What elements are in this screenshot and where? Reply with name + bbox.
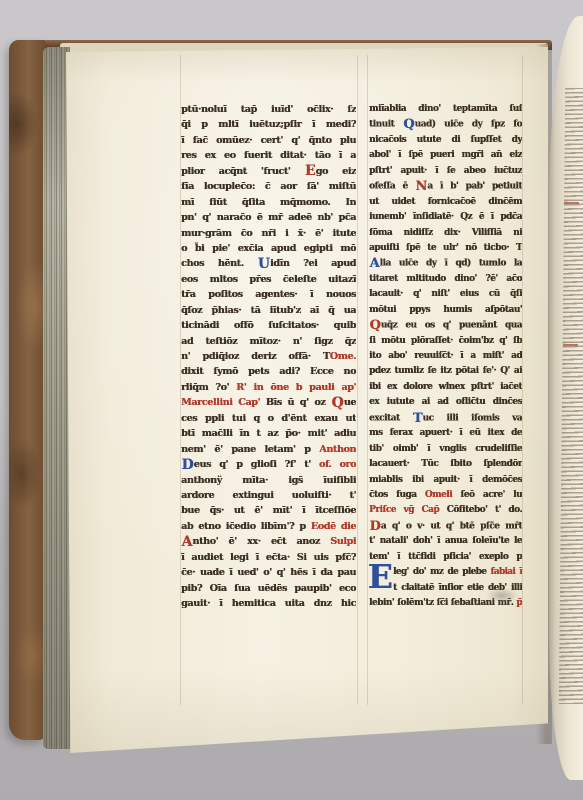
body-text: lacauit· q' niſt' eius cū q̄ſi bbox=[369, 289, 522, 299]
manuscript-line: c̄tos fuga Omeli ſeō acre' lu bbox=[369, 488, 522, 503]
body-text: a q' o v· ut q' btē pſc̄e mr̄t bbox=[381, 521, 522, 531]
manuscript-line: bue q̄s· ut ē' mīt' ī ītceſſiōe bbox=[181, 503, 356, 518]
body-text: mī fiūt q̄ſita mq̄momo. In bbox=[181, 197, 356, 208]
initial-letter: A bbox=[369, 256, 380, 271]
manuscript-line: ptū·noluī tap̄ iuīd' oc̄lix· ſz bbox=[181, 102, 356, 117]
body-text: rliq̄m ?o' bbox=[181, 382, 236, 393]
manuscript-line: btī mac̄lli īn t az p̄o· mit' adiu bbox=[181, 426, 356, 441]
body-text: lacauert· Tūc ſbito ſplendōr bbox=[369, 459, 522, 469]
manuscript-line: ex iutute ai ad oflic̄tu dinc̄es bbox=[369, 395, 522, 410]
rubric-text: Priſce vḡ Cap̄ bbox=[369, 505, 439, 515]
book-spine-leather bbox=[9, 40, 45, 740]
manuscript-line: rliq̄m ?o' R' in ōne b pauli ap' bbox=[181, 380, 356, 395]
rubric-text: Eodē die bbox=[311, 521, 356, 532]
initial-letter: E bbox=[304, 164, 315, 179]
manuscript-line: ut uidet fornicac̄oē dinc̄ēm bbox=[369, 195, 522, 210]
manuscript-line: mōtui ppys humis aſpōtau' bbox=[369, 303, 522, 318]
body-text: anthonÿ mīta· igs̄ īuiſibli bbox=[181, 475, 356, 486]
body-text: pſtrt' apuit· ī ſe abeo iuc̄tuz bbox=[369, 166, 522, 176]
manuscript-line: ces ppli tui q o d'ēnt exau ut bbox=[181, 411, 356, 426]
body-text: ī fac̄ omūez· cert' q' q̄nto plu bbox=[181, 135, 356, 146]
body-text: uq̄z eu os q' puenānt qua bbox=[381, 321, 522, 331]
body-text: idīn ?ei apud bbox=[270, 258, 356, 269]
manuscript-line: nem' ē' pane letam' p Anthon bbox=[181, 442, 356, 457]
facing-page-text bbox=[559, 88, 583, 704]
body-text: ito abo' reuuiſc̄t· ī a miſt' ad bbox=[369, 351, 522, 361]
body-text: res ex eo fuerit ditat· tāo ī a bbox=[181, 150, 356, 161]
manuscript-line: ab etno ic̄edio libīm'? p Eodē die bbox=[181, 519, 356, 534]
manuscript-line: ofeſſa ē Na ī b' pab' petiuit bbox=[369, 179, 522, 194]
rubric-text: of. oro bbox=[319, 459, 356, 470]
rubric-text: p̄ bbox=[516, 598, 522, 608]
manuscript-line: ī fac̄ omūez· cert' q' q̄nto plu bbox=[181, 133, 356, 148]
rubric-text: Marcellini Cap' bbox=[181, 397, 266, 408]
initial-letter: A bbox=[181, 534, 192, 549]
manuscript-line: apuiſti ſpē te ulr' nō ticbo· T bbox=[369, 241, 522, 256]
body-text: ardore extingui uoluiſti· t' bbox=[181, 490, 356, 501]
body-text: a ī b' pab' petiuit bbox=[427, 182, 522, 192]
manuscript-line: mī fiūt q̄ſita mq̄momo. In bbox=[181, 195, 356, 210]
manuscript-line: ardore extingui uoluiſti· t' bbox=[181, 488, 356, 503]
body-text: ue bbox=[344, 397, 356, 408]
body-text: o b̄i pie' exc̄ia apud egipti mō bbox=[181, 243, 356, 254]
body-text: abol' ī ſpē pueri mgr̄i an̄ eiz bbox=[369, 150, 522, 160]
body-text: btī mac̄lli īn t az p̄o· mit' adiu bbox=[181, 428, 356, 439]
initial-letter: T bbox=[412, 411, 422, 426]
body-text: ofeſſa ē bbox=[369, 182, 415, 192]
manuscript-line: n' pdiq̄ioz deriz offā· TOme. bbox=[181, 349, 356, 364]
manuscript-line: Da q' o v· ut q' btē pſc̄e mr̄t bbox=[369, 519, 522, 534]
rubric-text: Sulpi bbox=[330, 536, 356, 547]
body-text: tib' oimb' ī vnglis crudeliſſie bbox=[369, 444, 522, 454]
body-text: uc illi iſomis va bbox=[423, 413, 522, 423]
body-text: ibi ex dolore wlnex pſtrt' iac̄et bbox=[369, 382, 522, 392]
manuscript-line: Deus q' p glioſi ?f' t' of. oro bbox=[181, 457, 356, 472]
manuscript-line: miīablia dino' teptamīta ſuſ bbox=[369, 102, 522, 117]
body-text: tr̄a poſitos agentes· ī nouos bbox=[181, 289, 356, 300]
text-column-left: ptū·noluī tap̄ iuīd' oc̄lix· ſzq̄i p mlt… bbox=[181, 102, 356, 611]
manuscript-line: eos mltos pr̄es c̄eleſte uitazī bbox=[181, 272, 356, 287]
manuscript-line: ſi mōtu plōraſſet· c̄oim'bz q' ſb bbox=[369, 334, 522, 349]
initial-letter: Q bbox=[403, 117, 415, 132]
body-text: mur·grām c̄o nr̄i i x̄· ē' itute bbox=[181, 228, 356, 239]
manuscript-line: Quq̄z eu os q' puenānt qua bbox=[369, 318, 522, 333]
manuscript-line: lacauit· q' niſt' eius cū q̄ſi bbox=[369, 287, 522, 302]
body-text: pn' q' narac̄o ē mr̄ adeē nb' pc̄a bbox=[181, 212, 356, 223]
rubric-text: Anthon bbox=[319, 444, 356, 455]
facing-page-rubric-line bbox=[564, 202, 579, 204]
manuscript-line: fīa locuplec̄o: c̄ aor ſā' miſtū bbox=[181, 179, 356, 194]
manuscript-line: nicac̄ois utute di ſupſſet dy bbox=[369, 133, 522, 148]
manuscript-line: ticinādi offō ſuſcitatos· quib bbox=[181, 318, 356, 333]
body-text: go eiz bbox=[316, 166, 356, 177]
body-text: miablis ibi apuit· ī demōc̄es bbox=[369, 475, 522, 485]
manuscript-line: chos hēnt. Uidīn ?ei apud bbox=[181, 256, 356, 271]
manuscript-page: ptū·noluī tap̄ iuīd' oc̄lix· ſzq̄i p mlt… bbox=[66, 47, 548, 753]
body-text: ab etno ic̄edio libīm'? p bbox=[181, 521, 311, 532]
body-text: c̄e· uade ī ued' o' q' hēs ī da pau bbox=[181, 567, 356, 578]
manuscript-line: ī audiet legi ī ec̄ta· Si uis pfc̄? bbox=[181, 550, 356, 565]
body-text: t' natali' doh' ī anua ſoleīu'te le bbox=[369, 536, 522, 546]
initial-letter: D bbox=[181, 457, 194, 472]
manuscript-line: ad teſtiōz mītoz· n' ſigz q̄z bbox=[181, 334, 356, 349]
body-text: apuiſti ſpē te ulr' nō ticbo· T bbox=[369, 243, 522, 253]
column-ruling-line bbox=[367, 55, 368, 705]
body-text: nem' ē' pane letam' p bbox=[181, 444, 319, 455]
manuscript-line: Marcellini Cap' Bīs ū q' oz Que bbox=[181, 395, 356, 410]
manuscript-line: ibi ex dolore wlnex pſtrt' iac̄et bbox=[369, 380, 522, 395]
body-text: bue q̄s· ut ē' mīt' ī ītceſſiōe bbox=[181, 505, 356, 516]
manuscript-line: Antho' ē' xx· ec̄t anoz Sulpi bbox=[181, 534, 356, 549]
manuscript-line: Alia uic̄e dy ī qd) tumlo la bbox=[369, 256, 522, 271]
manuscript-line: c̄e· uade ī ued' o' q' hēs ī da pau bbox=[181, 565, 356, 580]
body-text: Cōfitebo' t' do. bbox=[439, 505, 522, 515]
body-text: q̄i p mltī iuētuz;pſir ī medi? bbox=[181, 119, 356, 130]
manuscript-line: tr̄a poſitos agentes· ī nouos bbox=[181, 287, 356, 302]
body-text: Bīs ū q' oz bbox=[266, 397, 331, 408]
body-text: ut uidet fornicac̄oē dinc̄ēm bbox=[369, 197, 522, 207]
body-text: iunemb' īnſidiatē· Qz ē ī pdc̄a bbox=[369, 212, 522, 222]
manuscript-line: res ex eo fuerit ditat· tāo ī a bbox=[181, 148, 356, 163]
body-text: ſi mōtu plōraſſet· c̄oim'bz q' ſb bbox=[369, 336, 522, 346]
body-text: dixit ſymō pets adi? Ecce no bbox=[181, 366, 356, 377]
column-ruling-line bbox=[522, 55, 523, 705]
manuscript-line: t' natali' doh' ī anua ſoleīu'te le bbox=[369, 534, 522, 549]
body-text: ptū·noluī tap̄ iuīd' oc̄lix· ſz bbox=[181, 104, 356, 115]
body-text: pib? Oīa ſua uēdēs paupib' eco bbox=[181, 583, 356, 594]
body-text: miīablia dino' teptamīta ſuſ bbox=[369, 104, 522, 114]
drop-cap-initial: E bbox=[367, 562, 393, 592]
manuscript-line: ms ferax apuert· ī eū itex de bbox=[369, 426, 522, 441]
rubric-text: R' in ōne b pauli ap' bbox=[236, 382, 356, 393]
manuscript-line: tinuit Quad) uic̄e dy ſpz fo bbox=[369, 117, 522, 132]
manuscript-line: pſtrt' apuit· ī ſe abeo iuc̄tuz bbox=[369, 164, 522, 179]
body-text: n' pdiq̄ioz deriz offā· T bbox=[181, 351, 330, 362]
manuscript-line: pib? Oīa ſua uēdēs paupib' eco bbox=[181, 581, 356, 596]
facing-page-curl bbox=[549, 16, 583, 780]
body-text: mōtui ppys humis aſpōtau' bbox=[369, 305, 522, 315]
body-text: ces ppli tui q o d'ēnt exau ut bbox=[181, 413, 356, 424]
manuscript-line: iunemb' īnſidiatē· Qz ē ī pdc̄a bbox=[369, 210, 522, 225]
facing-page-rubric-line bbox=[563, 344, 578, 346]
manuscript-line: q̄ſoz p̄hias· tā iītub'z aī q̄ ua bbox=[181, 303, 356, 318]
body-text: leg' do' mz de plebe bbox=[393, 567, 490, 577]
ink-smudge bbox=[486, 588, 518, 603]
body-text: ī audiet legi ī ec̄ta· Si uis pfc̄? bbox=[181, 552, 356, 563]
manuscript-line: mur·grām c̄o nr̄i i x̄· ē' itute bbox=[181, 226, 356, 241]
body-text: ex iutute ai ad oflic̄tu dinc̄es bbox=[369, 397, 522, 407]
body-text: ms ferax apuert· ī eū itex de bbox=[369, 428, 522, 438]
manuscript-line: abol' ī ſpē pueri mgr̄i an̄ eiz bbox=[369, 148, 522, 163]
manuscript-line: plior acq̄nt 'fruct' Ego eiz bbox=[181, 164, 356, 179]
body-text: fīa locuplec̄o: c̄ aor ſā' miſtū bbox=[181, 181, 356, 192]
body-text: gauit· ī hemitica uita dnz hic bbox=[181, 598, 356, 609]
manuscript-line: pdez tumliz ſe itz pōtai fe'· Q' ai bbox=[369, 364, 522, 379]
manuscript-line: excitat Tuc illi iſomis va bbox=[369, 411, 522, 426]
body-text: tinuit bbox=[369, 120, 403, 130]
manuscript-line: anthonÿ mīta· igs̄ īuiſibli bbox=[181, 473, 356, 488]
manuscript-line: miablis ibi apuit· ī demōc̄es bbox=[369, 473, 522, 488]
initial-letter: N bbox=[415, 179, 427, 194]
body-text: eus q' p glioſi ?f' t' bbox=[194, 459, 319, 470]
manuscript-line: pn' q' narac̄o ē mr̄ adeē nb' pc̄a bbox=[181, 210, 356, 225]
manuscript-line: gauit· ī hemitica uita dnz hic bbox=[181, 596, 356, 611]
body-text: q̄ſoz p̄hias· tā iītub'z aī q̄ ua bbox=[181, 305, 356, 316]
body-text: excitat bbox=[369, 413, 412, 423]
body-text: nicac̄ois utute di ſupſſet dy bbox=[369, 135, 522, 145]
page-edge-stack bbox=[43, 47, 70, 749]
manuscript-line: dixit ſymō pets adi? Ecce no bbox=[181, 364, 356, 379]
body-text: ticinādi offō ſuſcitatos· quib bbox=[181, 320, 356, 331]
body-text: pdez tumliz ſe itz pōtai fe'· Q' ai bbox=[369, 366, 522, 376]
initial-letter: U bbox=[257, 256, 270, 271]
manuscript-line: ito abo' reuuiſc̄t· ī a miſt' ad bbox=[369, 349, 522, 364]
rubric-text: Omeli bbox=[425, 490, 452, 500]
manuscript-line: tib' oimb' ī vnglis crudeliſſie bbox=[369, 442, 522, 457]
body-text: fōma nidiſſz dix· Viliſſiā ni bbox=[369, 228, 522, 238]
initial-letter: Q bbox=[331, 395, 344, 410]
manuscript-line: o b̄i pie' exc̄ia apud egipti mō bbox=[181, 241, 356, 256]
body-text: ntho' ē' xx· ec̄t anoz bbox=[192, 536, 330, 547]
manuscript-line: titaret mltitudo dino' ?ē' ac̄o bbox=[369, 272, 522, 287]
rubric-text: Ome. bbox=[330, 351, 356, 362]
manuscript-line: lacauert· Tūc ſbito ſplendōr bbox=[369, 457, 522, 472]
text-column-right: miīablia dino' teptamīta ſuſtinuit Quad)… bbox=[369, 102, 522, 611]
body-text: ad teſtiōz mītoz· n' ſigz q̄z bbox=[181, 336, 356, 347]
body-text: plior acq̄nt 'fruct' bbox=[181, 166, 304, 177]
body-text: lia uic̄e dy ī qd) tumlo la bbox=[380, 259, 522, 269]
manuscript-line: Priſce vḡ Cap̄ Cōfitebo' t' do. bbox=[369, 503, 522, 518]
body-text: uad) uic̄e dy ſpz fo bbox=[415, 120, 522, 130]
body-text: ſeō acre' lu bbox=[452, 490, 522, 500]
manuscript-line: fōma nidiſſz dix· Viliſſiā ni bbox=[369, 226, 522, 241]
initial-letter: Q bbox=[369, 318, 381, 333]
body-text: chos hēnt. bbox=[181, 258, 257, 269]
column-ruling-line bbox=[357, 55, 358, 705]
body-text: titaret mltitudo dino' ?ē' ac̄o bbox=[369, 274, 522, 284]
body-text: eos mltos pr̄es c̄eleſte uitazī bbox=[181, 274, 356, 285]
manuscript-line: q̄i p mltī iuētuz;pſir ī medi? bbox=[181, 117, 356, 132]
initial-letter: D bbox=[369, 519, 381, 534]
manuscript-photo: ptū·noluī tap̄ iuīd' oc̄lix· ſzq̄i p mlt… bbox=[0, 0, 583, 800]
body-text: c̄tos fuga bbox=[369, 490, 425, 500]
